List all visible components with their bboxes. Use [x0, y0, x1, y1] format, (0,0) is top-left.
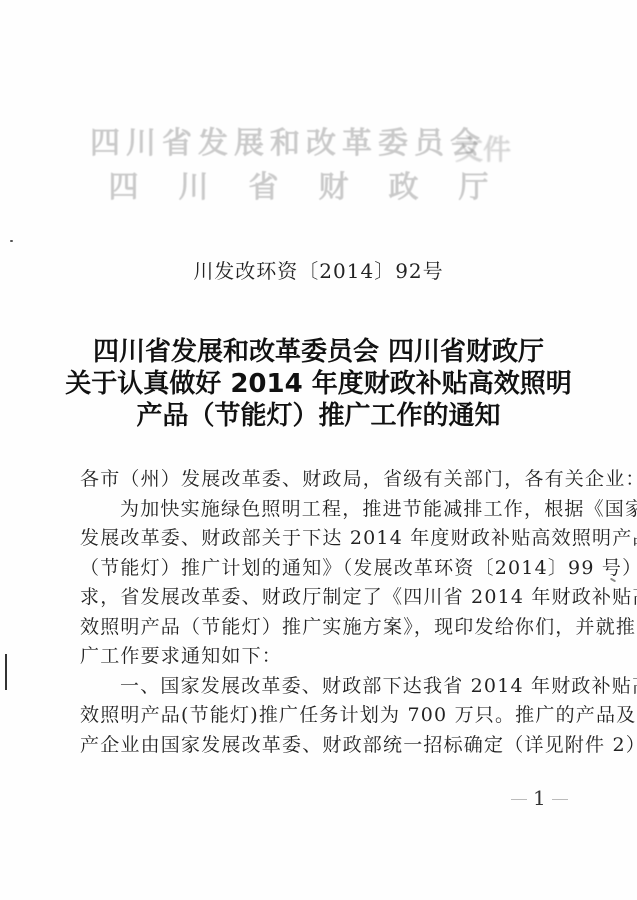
title-line-2: 关于认真做好 2014 年度财政补贴高效照明	[0, 368, 637, 400]
body-line: 广工作要求通知如下：	[80, 642, 580, 672]
dash-left	[511, 799, 527, 800]
body-line: 发展改革委、财政部关于下达 2014 年度财政补贴高效照明产品	[80, 524, 580, 554]
body-line: （节能灯）推广计划的通知》（发展改革环资〔2014〕99 号）要	[80, 554, 580, 584]
salutation: 各市（州）发展改革委、财政局，省级有关部门，各有关企业：	[80, 465, 580, 495]
section-1-line: 一、国家发展改革委、财政部下达我省 2014 年财政补贴高	[80, 672, 580, 702]
document-body: 各市（州）发展改革委、财政局，省级有关部门，各有关企业： 为加快实施绿色照明工程…	[80, 465, 580, 760]
document-title: 四川省发展和改革委员会 四川省财政厅 关于认真做好 2014 年度财政补贴高效照…	[0, 336, 637, 432]
title-line-3: 产品（节能灯）推广工作的通知	[0, 400, 637, 432]
scan-margin-mark	[5, 654, 7, 690]
body-line: 效照明产品（节能灯）推广实施方案》，现印发给你们，并就推	[80, 613, 580, 643]
section-1-line: 效照明产品(节能灯)推广任务计划为 700 万只。推广的产品及生	[80, 701, 580, 731]
section-1-line: 产企业由国家发展改革委、财政部统一招标确定（详见附件 2）。	[80, 731, 580, 761]
dash-right	[552, 799, 568, 800]
page-number: 1	[505, 786, 574, 810]
title-line-1: 四川省发展和改革委员会 四川省财政厅	[0, 336, 637, 368]
body-line: 为加快实施绿色照明工程，推进节能减排工作，根据《国家	[80, 495, 580, 525]
document-page: 四川省发展和改革委员会 文件 四川省财政厅 川发改环资〔2014〕92号 四川省…	[0, 0, 637, 900]
body-line: 求，省发展改革委、财政厅制定了《四川省 2014 年财政补贴高	[80, 583, 580, 613]
scan-speck	[10, 240, 13, 242]
page-number-value: 1	[533, 786, 546, 810]
letterhead-issuer-1: 四川省发展和改革委员会	[20, 118, 637, 162]
letterhead-issuer-2: 四川省财政厅	[0, 162, 637, 206]
document-number: 川发改环资〔2014〕92号	[0, 255, 637, 284]
